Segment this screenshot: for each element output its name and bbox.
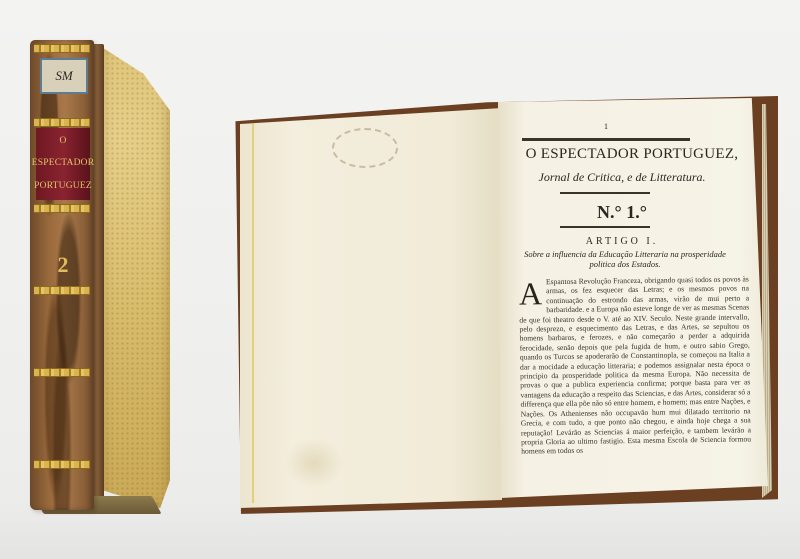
gilt-band <box>34 368 90 377</box>
left-page <box>240 108 502 508</box>
title-rule <box>522 138 690 141</box>
book-spine: SM O ESPECTADOR PORTUGUEZ 2 <box>30 40 94 510</box>
book-fore-edge <box>100 46 170 508</box>
page-number: 1 <box>604 122 608 131</box>
article-body-text: Espantosa Revolução Franceza, obrigando … <box>519 274 751 456</box>
standing-book: SM O ESPECTADOR PORTUGUEZ 2 <box>30 40 175 515</box>
drop-cap: A <box>519 279 542 307</box>
gilt-band <box>34 44 90 53</box>
gilt-band <box>34 286 90 295</box>
article-body: AEspantosa Revolução Franceza, obrigando… <box>519 274 751 456</box>
article-heading: ARTIGO I. <box>512 236 732 247</box>
spine-title-line: ESPECTADOR <box>32 159 94 169</box>
journal-title: O ESPECTADOR PORTUGUEZ, <box>512 146 752 163</box>
right-page: 1 O ESPECTADOR PORTUGUEZ, Jornal de Crit… <box>498 98 768 498</box>
open-book: 1 O ESPECTADOR PORTUGUEZ, Jornal de Crit… <box>230 96 778 516</box>
gilt-band <box>34 118 90 127</box>
spine-title-line: O <box>59 137 66 147</box>
endpaper-edge <box>252 118 254 503</box>
volume-number: 2 <box>48 252 78 278</box>
gilt-band <box>34 204 90 213</box>
spine-title-line: PORTUGUEZ <box>34 182 92 192</box>
gilt-band <box>34 460 90 469</box>
issue-rule-top <box>560 192 650 194</box>
issue-rule-bottom <box>560 226 650 228</box>
foxing-stain <box>284 438 344 488</box>
issue-number: N.° 1.° <box>512 202 732 223</box>
spine-title-label: O ESPECTADOR PORTUGUEZ <box>36 128 90 200</box>
journal-subtitle: Jornal de Critica, e de Litteratura. <box>512 170 732 185</box>
article-title: Sobre a influencia da Educação Litterari… <box>520 250 730 269</box>
library-stamp <box>332 128 398 168</box>
shelf-label: SM <box>40 58 88 94</box>
